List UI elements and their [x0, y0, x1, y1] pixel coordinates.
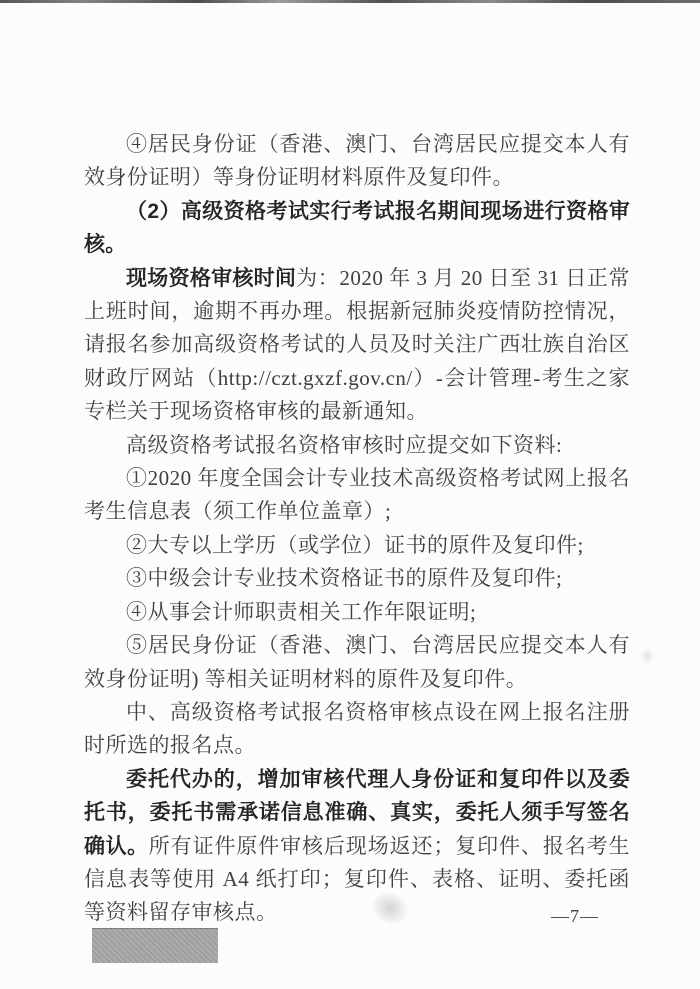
paragraph: ④从事会计师职责相关工作年限证明; — [84, 596, 630, 629]
paragraph: ②大专以上学历（或学位）证书的原件及复印件; — [84, 529, 630, 562]
text-segment: ②大专以上学历（或学位）证书的原件及复印件; — [126, 533, 584, 557]
scan-smudge-artifact — [640, 648, 654, 664]
paragraph: 委托代办的，增加审核代理人身份证和复印件以及委托书，委托书需承诺信息准确、真实，… — [84, 763, 630, 930]
text-segment: 中、高级资格考试报名资格审核点设在网上报名注册时所选的报名点。 — [84, 700, 630, 757]
paragraph: ⑤居民身份证（香港、澳门、台湾居民应提交本人有效身份证明) 等相关证明材料的原件… — [84, 629, 630, 696]
text-segment: ⑤居民身份证（香港、澳门、台湾居民应提交本人有效身份证明) 等相关证明材料的原件… — [84, 633, 630, 690]
scan-edge-artifact — [0, 0, 700, 3]
paragraph: 中、高级资格考试报名资格审核点设在网上报名注册时所选的报名点。 — [84, 696, 630, 763]
paragraph: 高级资格考试报名资格审核时应提交如下资料: — [84, 429, 630, 462]
text-segment-bold: （2）高级资格考试实行考试报名期间现场进行资格审核。 — [84, 200, 630, 256]
paragraph: 现场资格审核时间为：2020 年 3 月 20 日至 31 日正常上班时间，逾期… — [84, 262, 630, 429]
text-segment: ④居民身份证（香港、澳门、台湾居民应提交本人有效身份证明）等身份证明材料原件及复… — [84, 132, 630, 189]
text-segment: ③中级会计专业技术资格证书的原件及复印件; — [126, 566, 562, 590]
text-segment: ①2020 年度全国会计专业技术高级资格考试网上报名考生信息表（须工作单位盖章）… — [84, 466, 630, 523]
document-body-text: ④居民身份证（香港、澳门、台湾居民应提交本人有效身份证明）等身份证明材料原件及复… — [84, 128, 630, 930]
paragraph: ③中级会计专业技术资格证书的原件及复印件; — [84, 562, 630, 595]
page-number: —7— — [551, 906, 599, 927]
text-segment: 高级资格考试报名资格审核时应提交如下资料: — [126, 433, 562, 457]
text-segment-bold: 现场资格审核时间 — [126, 267, 296, 290]
scanned-document-page: ④居民身份证（香港、澳门、台湾居民应提交本人有效身份证明）等身份证明材料原件及复… — [0, 0, 700, 989]
redaction-box-artifact — [92, 928, 218, 963]
paragraph: （2）高级资格考试实行考试报名期间现场进行资格审核。 — [84, 195, 630, 262]
text-segment: ④从事会计师职责相关工作年限证明; — [126, 600, 476, 624]
paragraph: ④居民身份证（香港、澳门、台湾居民应提交本人有效身份证明）等身份证明材料原件及复… — [84, 128, 630, 195]
text-segment: 所有证件原件审核后现场返还；复印件、报名考生信息表等使用 A4 纸打印；复印件、… — [84, 834, 630, 925]
paragraph: ①2020 年度全国会计专业技术高级资格考试网上报名考生信息表（须工作单位盖章）… — [84, 462, 630, 529]
